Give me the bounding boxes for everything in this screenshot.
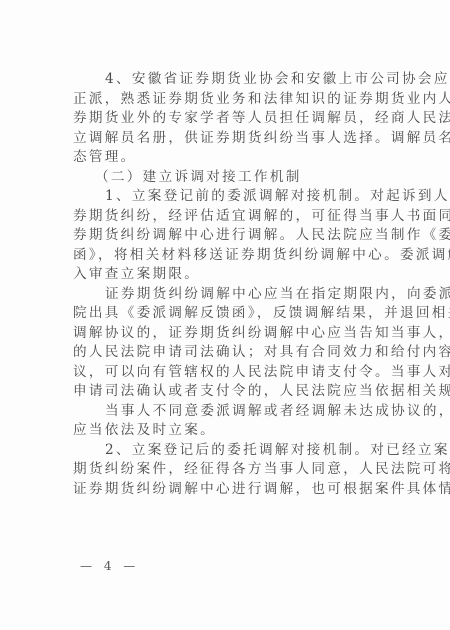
document-page: 4、安徽省证券期货业协会和安徽上市公司协会应当选派公道 正派，熟悉证券期货业务和…: [0, 0, 450, 630]
paragraph-line: 期货纠纷案件，经征得各方当事人同意，人民法院可将案件委托给: [73, 459, 409, 479]
paragraph-line: 当事人不同意委派调解或者经调解未达成协议的，人民法院: [105, 401, 409, 421]
section-heading: （二）建立诉调对接工作机制: [95, 167, 399, 187]
paragraph-line: 立调解员名册，供证券期货纠纷当事人选择。调解员名册实行动: [73, 128, 409, 148]
paragraph-line: 券期货业外的专家学者等人员担任调解员，经商人民法院同意，建: [73, 108, 409, 128]
paragraph-line: 1、立案登记前的委派调解对接机制。对起诉到人民法院的证: [105, 186, 409, 206]
paragraph-line: 态管理。: [73, 147, 409, 167]
paragraph-line: 议，可以向有管辖权的人民法院申请支付令。当事人对调解协议: [73, 362, 409, 382]
paragraph-line: 申请司法确认或者支付令的，人民法院应当依据相关规定办理。: [73, 381, 409, 401]
paragraph-line: 券期货纠纷，经评估适宜调解的，可征得当事人书面同意委派给证: [73, 206, 409, 226]
paragraph-line: 的人民法院申请司法确认；对具有合同效力和给付内容的调解协: [73, 342, 409, 362]
page-number: — 4 —: [80, 558, 139, 574]
paragraph-line: 证券期货纠纷调解中心应当在指定期限内，向委派的人民法: [105, 284, 409, 304]
paragraph-line: 调解协议的，证券期货纠纷调解中心应当告知当事人，可以向委派: [73, 323, 409, 343]
paragraph-line: 正派，熟悉证券期货业务和法律知识的证券期货业内人士或者证: [73, 89, 409, 109]
paragraph-line: 应当依法及时立案。: [73, 420, 409, 440]
paragraph-line: 院出具《委派调解反馈函》，反馈调解结果，并退回相关材料。达成: [73, 303, 409, 323]
paragraph-line: 函》，将相关材料移送证券期货纠纷调解中心。委派调解时间不计: [73, 245, 409, 265]
paragraph-line: 券期货纠纷调解中心进行调解。人民法院应当制作《委派调解: [73, 225, 409, 245]
paragraph-line: 证券期货纠纷调解中心进行调解，也可根据案件具体情况邀请证: [73, 479, 409, 499]
paragraph-line: 入审查立案期限。: [73, 264, 409, 284]
paragraph-line: 4、安徽省证券期货业协会和安徽上市公司协会应当选派公道: [105, 69, 409, 89]
paragraph-line: 2、立案登记后的委托调解对接机制。对已经立案登记的证券: [105, 440, 409, 460]
